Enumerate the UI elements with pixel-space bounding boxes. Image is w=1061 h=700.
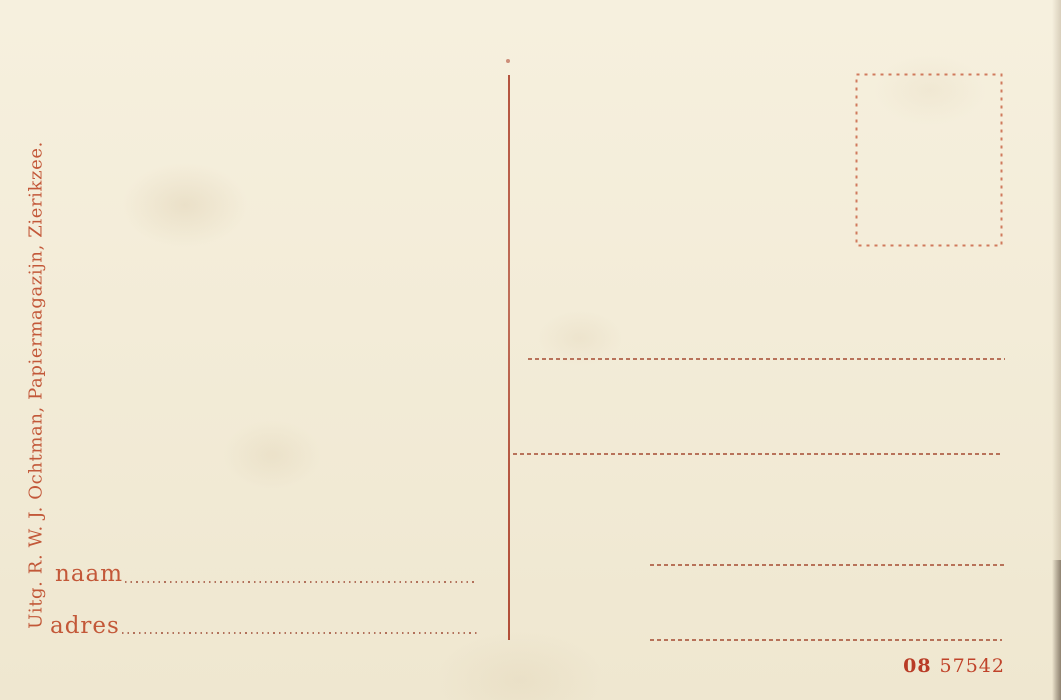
address-write-line-2: [513, 453, 1003, 455]
stamp-box: [855, 73, 1003, 247]
scan-corner-shadow: [1052, 560, 1061, 700]
address-write-line-3: [650, 564, 1005, 566]
control-number: 0857542: [903, 655, 1005, 677]
control-number-value: 57542: [940, 655, 1005, 677]
publisher-imprint: Uitg. R. W. J. Ochtman, Papiermagazijn, …: [26, 141, 47, 629]
divider-top-dot: [506, 59, 510, 63]
address-write-line-4: [650, 639, 1002, 641]
name-write-line: [125, 581, 477, 583]
address-write-line: [122, 632, 480, 634]
address-label: adres: [50, 613, 120, 639]
center-divider-line: [508, 75, 510, 640]
stamp-box-outline: [855, 73, 1003, 247]
postcard-back: Uitg. R. W. J. Ochtman, Papiermagazijn, …: [0, 0, 1061, 700]
control-number-prefix: 08: [903, 655, 931, 677]
address-write-line-1: [528, 358, 1005, 360]
scan-edge-shadow: [1052, 0, 1061, 700]
name-label: naam: [55, 561, 123, 587]
